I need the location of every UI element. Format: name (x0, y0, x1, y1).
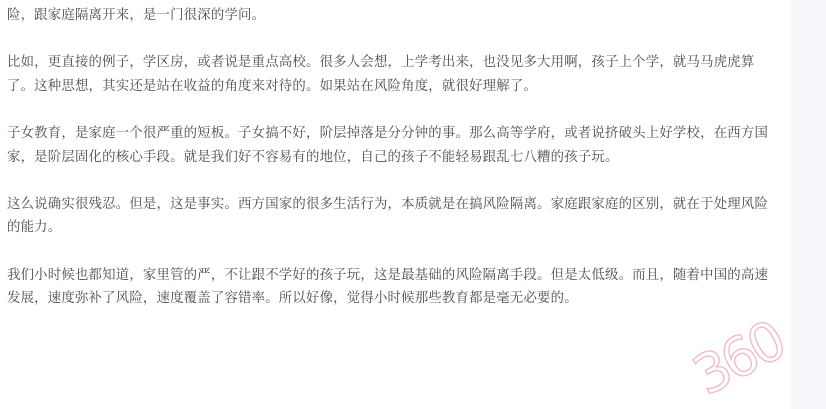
paragraph-4: 这么说确实很残忍。但是，这是事实。西方国家的很多生活行为，本质就是在搞风险隔离。… (7, 193, 777, 240)
side-panel (791, 0, 826, 409)
paragraph-3: 子女教育，是家庭一个很严重的短板。子女搞不好，阶层掉落是分分钟的事。那么高等学府… (7, 122, 777, 169)
paragraph-1: 险，跟家庭隔离开来，是一门很深的学问。 (7, 4, 777, 27)
article-content: 险，跟家庭隔离开来，是一门很深的学问。 比如，更直接的例子，学区房，或者说是重点… (7, 4, 777, 335)
paragraph-2: 比如，更直接的例子，学区房，或者说是重点高校。很多人会想，上学考出来，也没见多大… (7, 51, 777, 98)
page: 险，跟家庭隔离开来，是一门很深的学问。 比如，更直接的例子，学区房，或者说是重点… (0, 0, 826, 409)
paragraph-5: 我们小时候也都知道，家里管的严，不让跟不学好的孩子玩，这是最基础的风险隔离手段。… (7, 264, 777, 311)
article-body: 险，跟家庭隔离开来，是一门很深的学问。 比如，更直接的例子，学区房，或者说是重点… (0, 0, 791, 409)
